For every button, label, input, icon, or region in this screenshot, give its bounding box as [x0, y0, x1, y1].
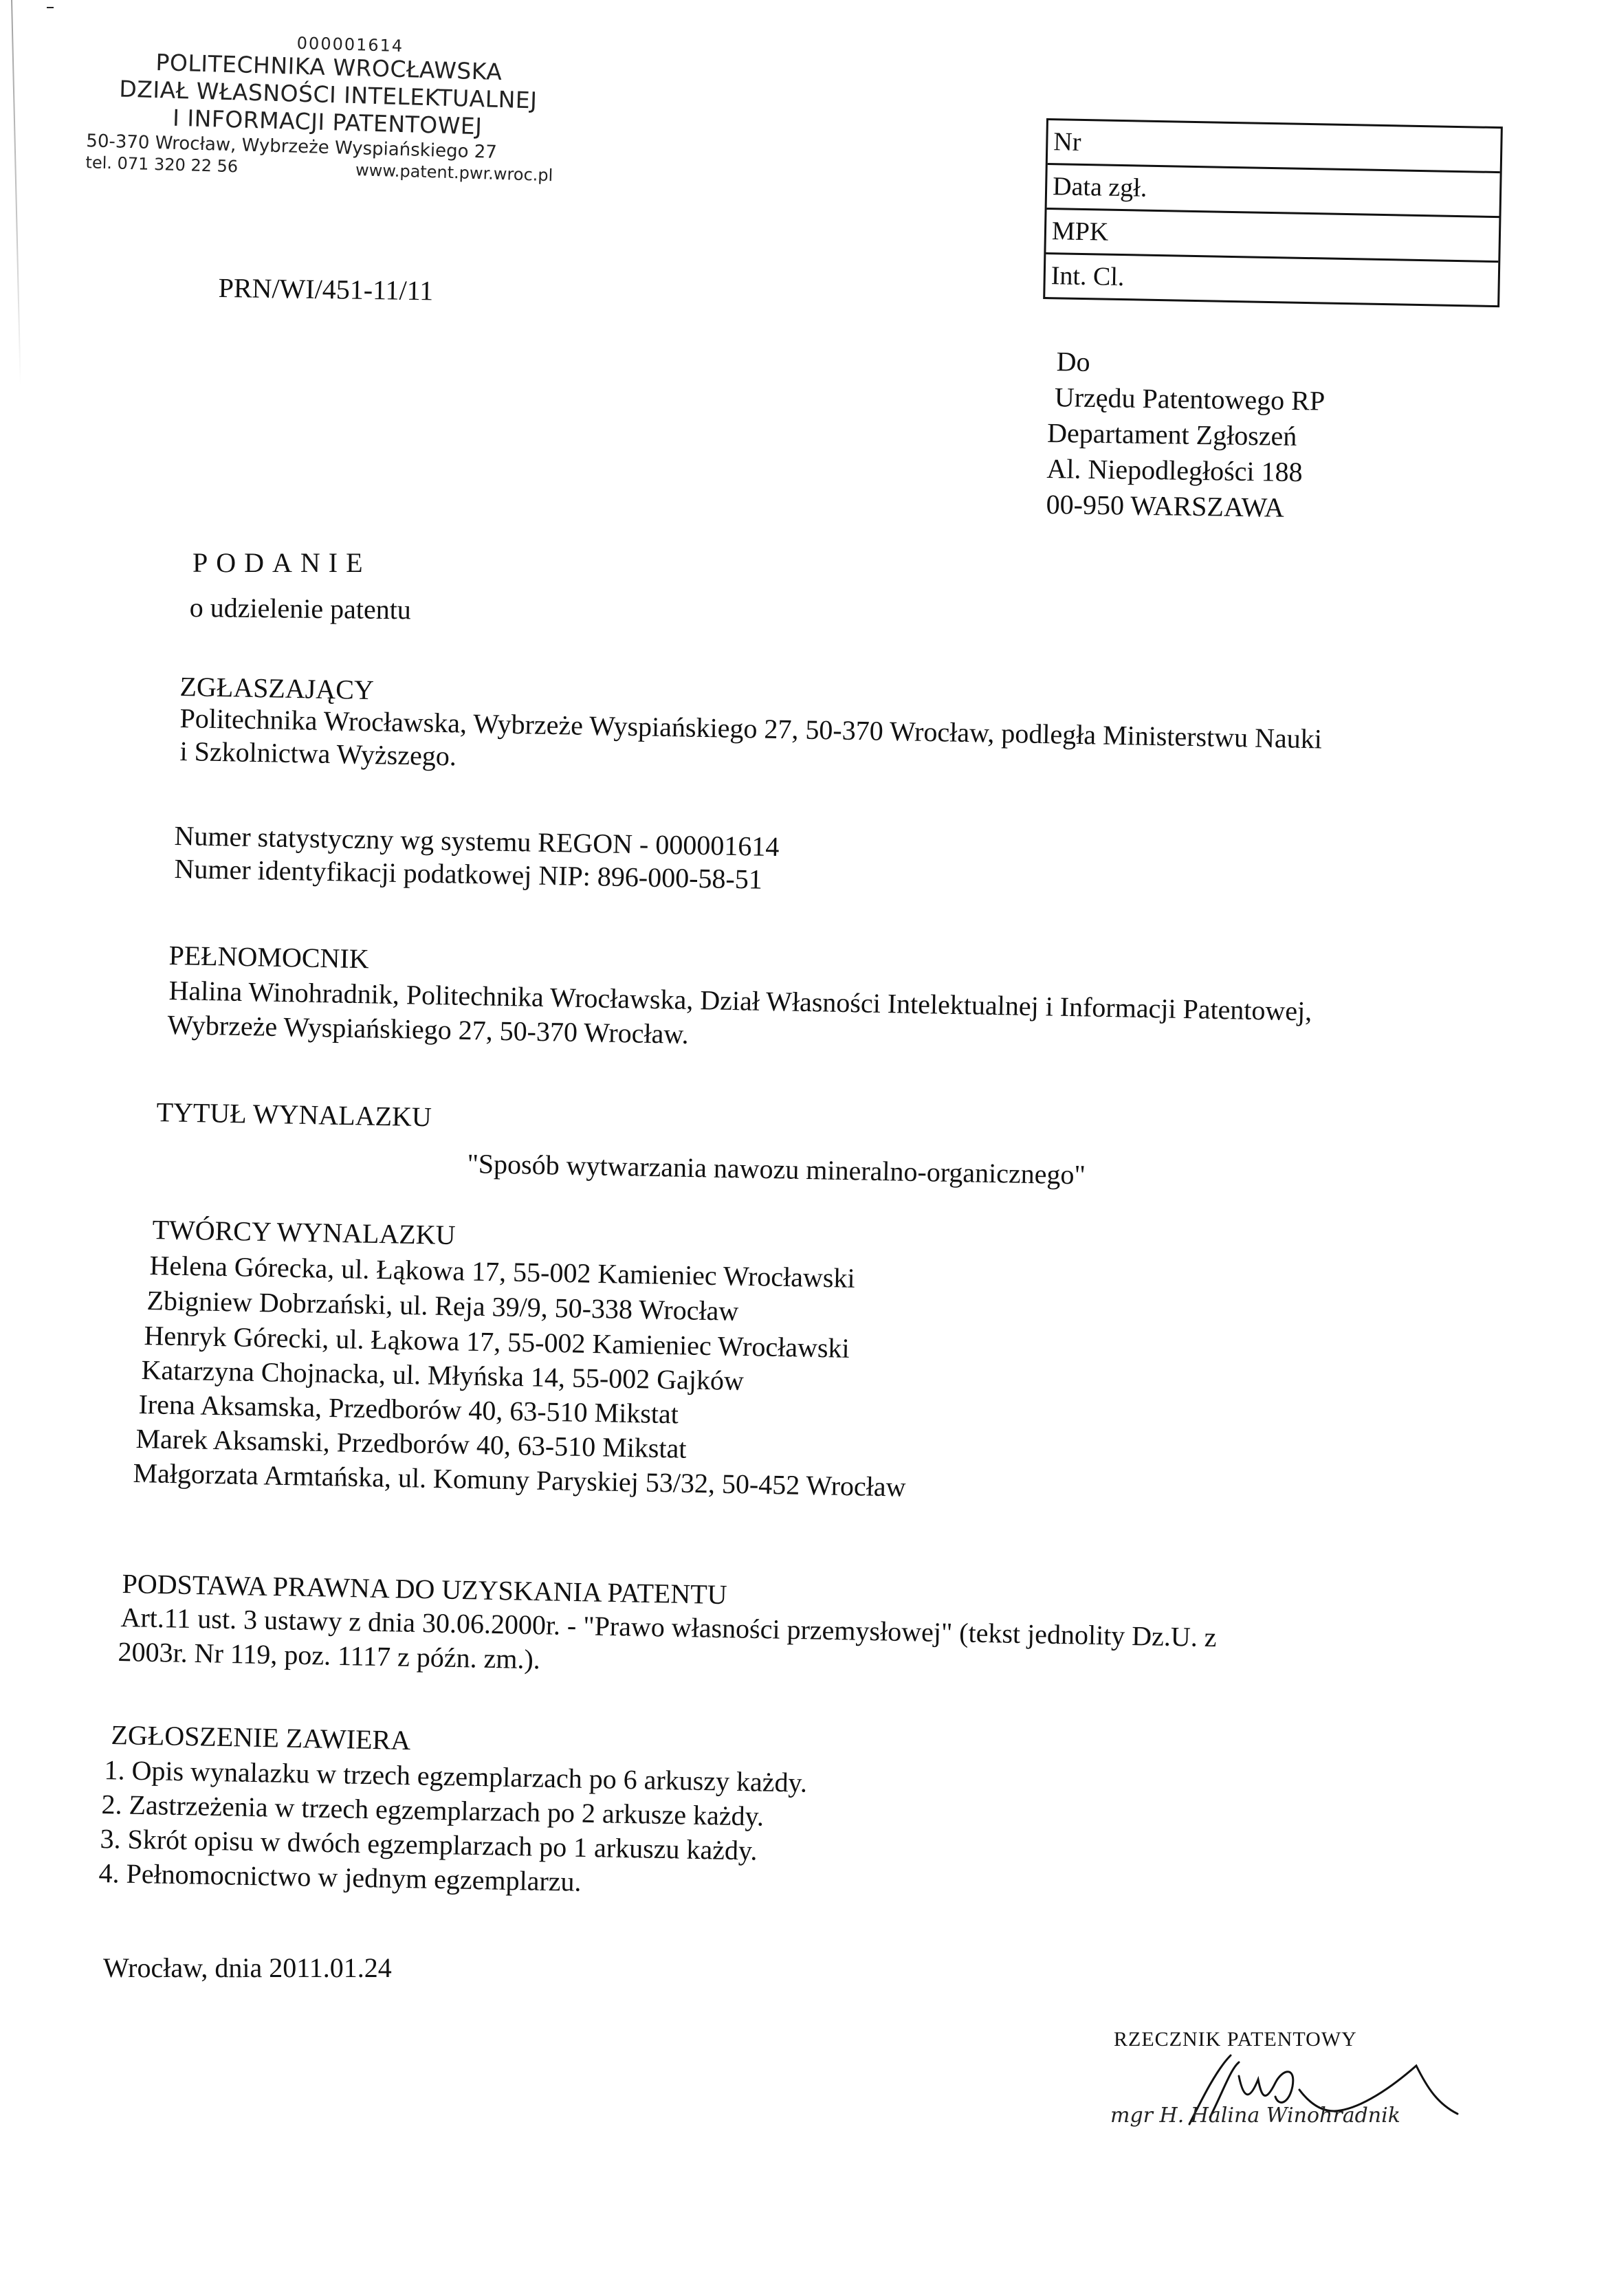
applicant-heading: ZGŁASZAJĄCY — [179, 670, 374, 706]
inventor-item: Małgorzata Armtańska, ul. Komuny Paryski… — [133, 1457, 906, 1503]
reference-number: PRN/WI/451-11/11 — [218, 272, 433, 307]
inventors-heading: TWÓRCY WYNALAZKU — [152, 1213, 456, 1251]
registration-row-intcl: Int. Cl. — [1045, 252, 1498, 305]
stamp-phone: tel. 071 320 22 56 — [85, 153, 238, 176]
registration-row-date: Data zgł. — [1047, 163, 1500, 216]
scan-edge-artifact — [11, 0, 21, 385]
invention-title: "Sposób wytwarzania nawozu mineralno-org… — [467, 1148, 1086, 1191]
contents-heading: ZGŁOSZENIE ZAWIERA — [111, 1719, 410, 1756]
signature-title: RZECZNIK PATENTOWY — [1114, 2028, 1357, 2051]
place-date: Wrocław, dnia 2011.01.24 — [103, 1952, 392, 1984]
registration-box: Nr Data zgł. MPK Int. Cl. — [1043, 118, 1503, 307]
applicant-line-2: i Szkolnictwa Wyższego. — [179, 736, 456, 772]
addressee-line: Departament Zgłoszeń — [1047, 415, 1325, 455]
institution-stamp: 000001614 POLITECHNIKA WROCŁAWSKA DZIAŁ … — [78, 27, 577, 186]
legal-basis-line-2: 2003r. Nr 119, poz. 1117 z późn. zm.). — [118, 1636, 540, 1675]
addressee-line: Al. Niepodległości 188 — [1046, 451, 1324, 491]
signatory-name: mgr H. Halina Winohradnik — [1110, 2104, 1400, 2128]
attorney-line-2: Wybrzeże Wyspiańskiego 27, 50-370 Wrocła… — [167, 1009, 689, 1050]
addressee-line: Urzędu Patentowego RP — [1055, 379, 1325, 419]
document-title: PODANIE — [192, 547, 371, 579]
document-subtitle: o udzielenie patentu — [190, 591, 412, 626]
invention-title-heading: TYTUŁ WYNALAZKU — [156, 1096, 432, 1133]
contents-item: 4. Pełnomocnictwo w jednym egzemplarzu. — [98, 1857, 582, 1898]
registration-row-mpk: MPK — [1046, 208, 1499, 261]
addressee-line: 00-950 WARSZAWA — [1046, 487, 1323, 527]
addressee-block: Do Urzędu Patentowego RP Departament Zgł… — [1046, 344, 1325, 527]
addressee-prefix: Do — [1056, 344, 1325, 383]
scan-mark — [47, 7, 54, 8]
attorney-heading: PEŁNOMOCNIK — [168, 939, 369, 975]
